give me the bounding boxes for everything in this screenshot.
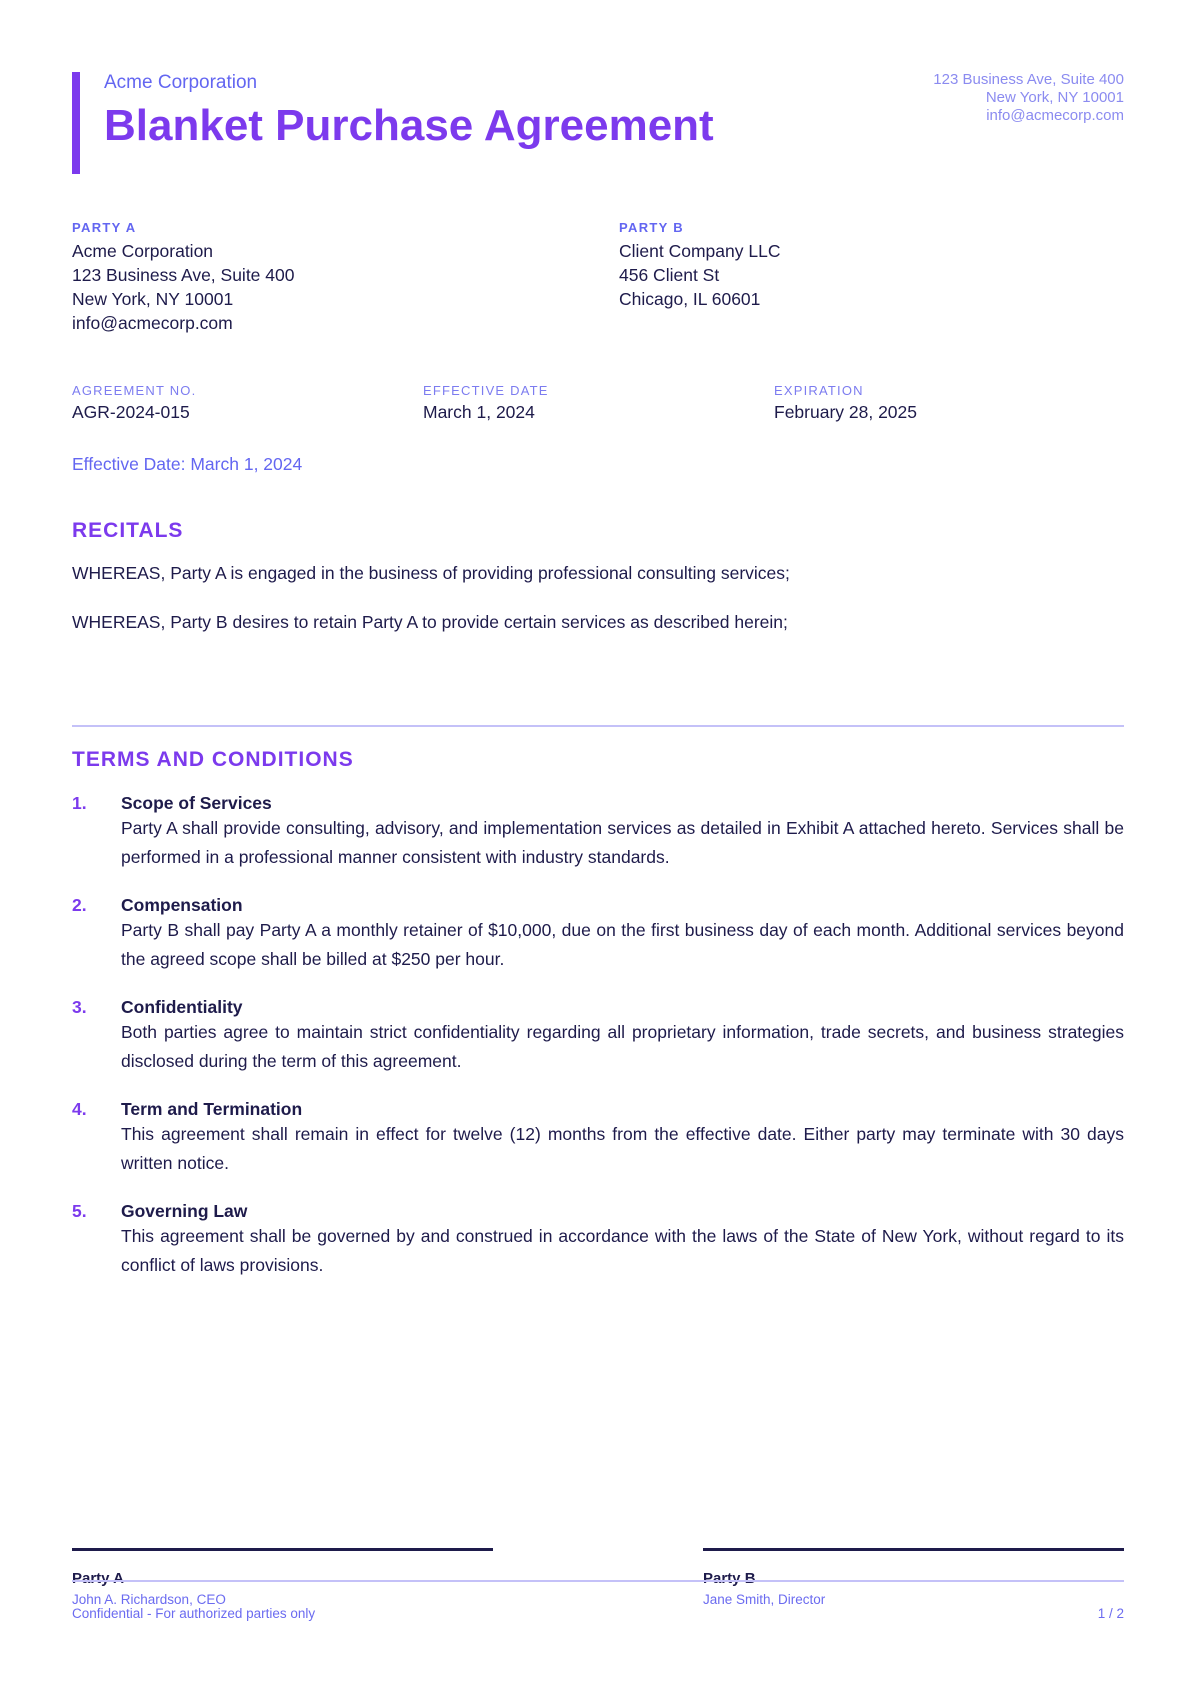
page-number: 1 / 2: [1098, 1606, 1124, 1621]
party-a-signature-label: Party A: [72, 1570, 124, 1587]
party-b-signatory: Jane Smith, Director: [703, 1592, 825, 1607]
party-a-line: 123 Business Ave, Suite 400: [72, 263, 294, 287]
party-b-signature-label: Party B: [703, 1570, 756, 1587]
header-address-line: New York, NY 10001: [933, 89, 1124, 107]
term-title: Term and Termination: [121, 1098, 1124, 1120]
term-item: 1. Scope of Services Party A shall provi…: [72, 792, 1124, 872]
header-address-line: 123 Business Ave, Suite 400: [933, 71, 1124, 89]
term-text: This agreement shall remain in effect fo…: [121, 1120, 1124, 1178]
term-item: 5. Governing Law This agreement shall be…: [72, 1200, 1124, 1280]
term-number: 3.: [72, 996, 87, 1018]
term-item: 2. Compensation Party B shall pay Party …: [72, 894, 1124, 974]
party-b-details: Client Company LLC 456 Client St Chicago…: [619, 239, 780, 311]
term-number: 2.: [72, 894, 87, 916]
footer-divider: [72, 1580, 1124, 1582]
meta-expiration: EXPIRATION February 28, 2025: [774, 383, 917, 423]
party-a-signatory: John A. Richardson, CEO: [72, 1592, 226, 1607]
term-number: 4.: [72, 1098, 87, 1120]
effective-date-note: Effective Date: March 1, 2024: [72, 454, 302, 475]
term-text: This agreement shall be governed by and …: [121, 1222, 1124, 1280]
meta-label: AGREEMENT NO.: [72, 383, 196, 398]
term-title: Governing Law: [121, 1200, 1124, 1222]
term-number: 1.: [72, 792, 87, 814]
term-title: Confidentiality: [121, 996, 1124, 1018]
term-title: Scope of Services: [121, 792, 1124, 814]
party-a-line: Acme Corporation: [72, 239, 294, 263]
party-a-line: info@acmecorp.com: [72, 311, 294, 335]
meta-agreement-no: AGREEMENT NO. AGR-2024-015: [72, 383, 196, 423]
term-item: 4. Term and Termination This agreement s…: [72, 1098, 1124, 1178]
recitals-heading: RECITALS: [72, 519, 183, 543]
party-b-signature-line: [703, 1548, 1124, 1551]
party-b-label: PARTY B: [619, 220, 780, 235]
meta-effective-date: EFFECTIVE DATE March 1, 2024: [423, 383, 549, 423]
party-a-block: PARTY A Acme Corporation 123 Business Av…: [72, 220, 294, 335]
header-address: 123 Business Ave, Suite 400 New York, NY…: [933, 71, 1124, 125]
term-text: Party A shall provide consulting, adviso…: [121, 814, 1124, 872]
header-accent-bar: [72, 72, 80, 174]
terms-list: 1. Scope of Services Party A shall provi…: [72, 792, 1124, 1302]
party-a-line: New York, NY 10001: [72, 287, 294, 311]
term-text: Both parties agree to maintain strict co…: [121, 1018, 1124, 1076]
term-item: 3. Confidentiality Both parties agree to…: [72, 996, 1124, 1076]
party-b-line: 456 Client St: [619, 263, 780, 287]
party-b-line: Client Company LLC: [619, 239, 780, 263]
term-number: 5.: [72, 1200, 87, 1222]
confidential-notice: Confidential - For authorized parties on…: [72, 1606, 315, 1621]
meta-value: AGR-2024-015: [72, 401, 196, 423]
header-email: info@acmecorp.com: [933, 107, 1124, 125]
party-b-block: PARTY B Client Company LLC 456 Client St…: [619, 220, 780, 311]
term-text: Party B shall pay Party A a monthly reta…: [121, 916, 1124, 974]
meta-value: February 28, 2025: [774, 401, 917, 423]
section-divider: [72, 725, 1124, 727]
term-title: Compensation: [121, 894, 1124, 916]
meta-label: EXPIRATION: [774, 383, 917, 398]
document-title: Blanket Purchase Agreement: [104, 100, 714, 152]
party-a-label: PARTY A: [72, 220, 294, 235]
terms-heading: TERMS AND CONDITIONS: [72, 748, 354, 772]
party-b-line: Chicago, IL 60601: [619, 287, 780, 311]
party-a-details: Acme Corporation 123 Business Ave, Suite…: [72, 239, 294, 335]
meta-label: EFFECTIVE DATE: [423, 383, 549, 398]
party-a-signature-line: [72, 1548, 493, 1551]
recital-paragraph: WHEREAS, Party A is engaged in the busin…: [72, 563, 790, 584]
company-name: Acme Corporation: [104, 71, 257, 95]
meta-value: March 1, 2024: [423, 401, 549, 423]
recital-paragraph: WHEREAS, Party B desires to retain Party…: [72, 612, 788, 633]
